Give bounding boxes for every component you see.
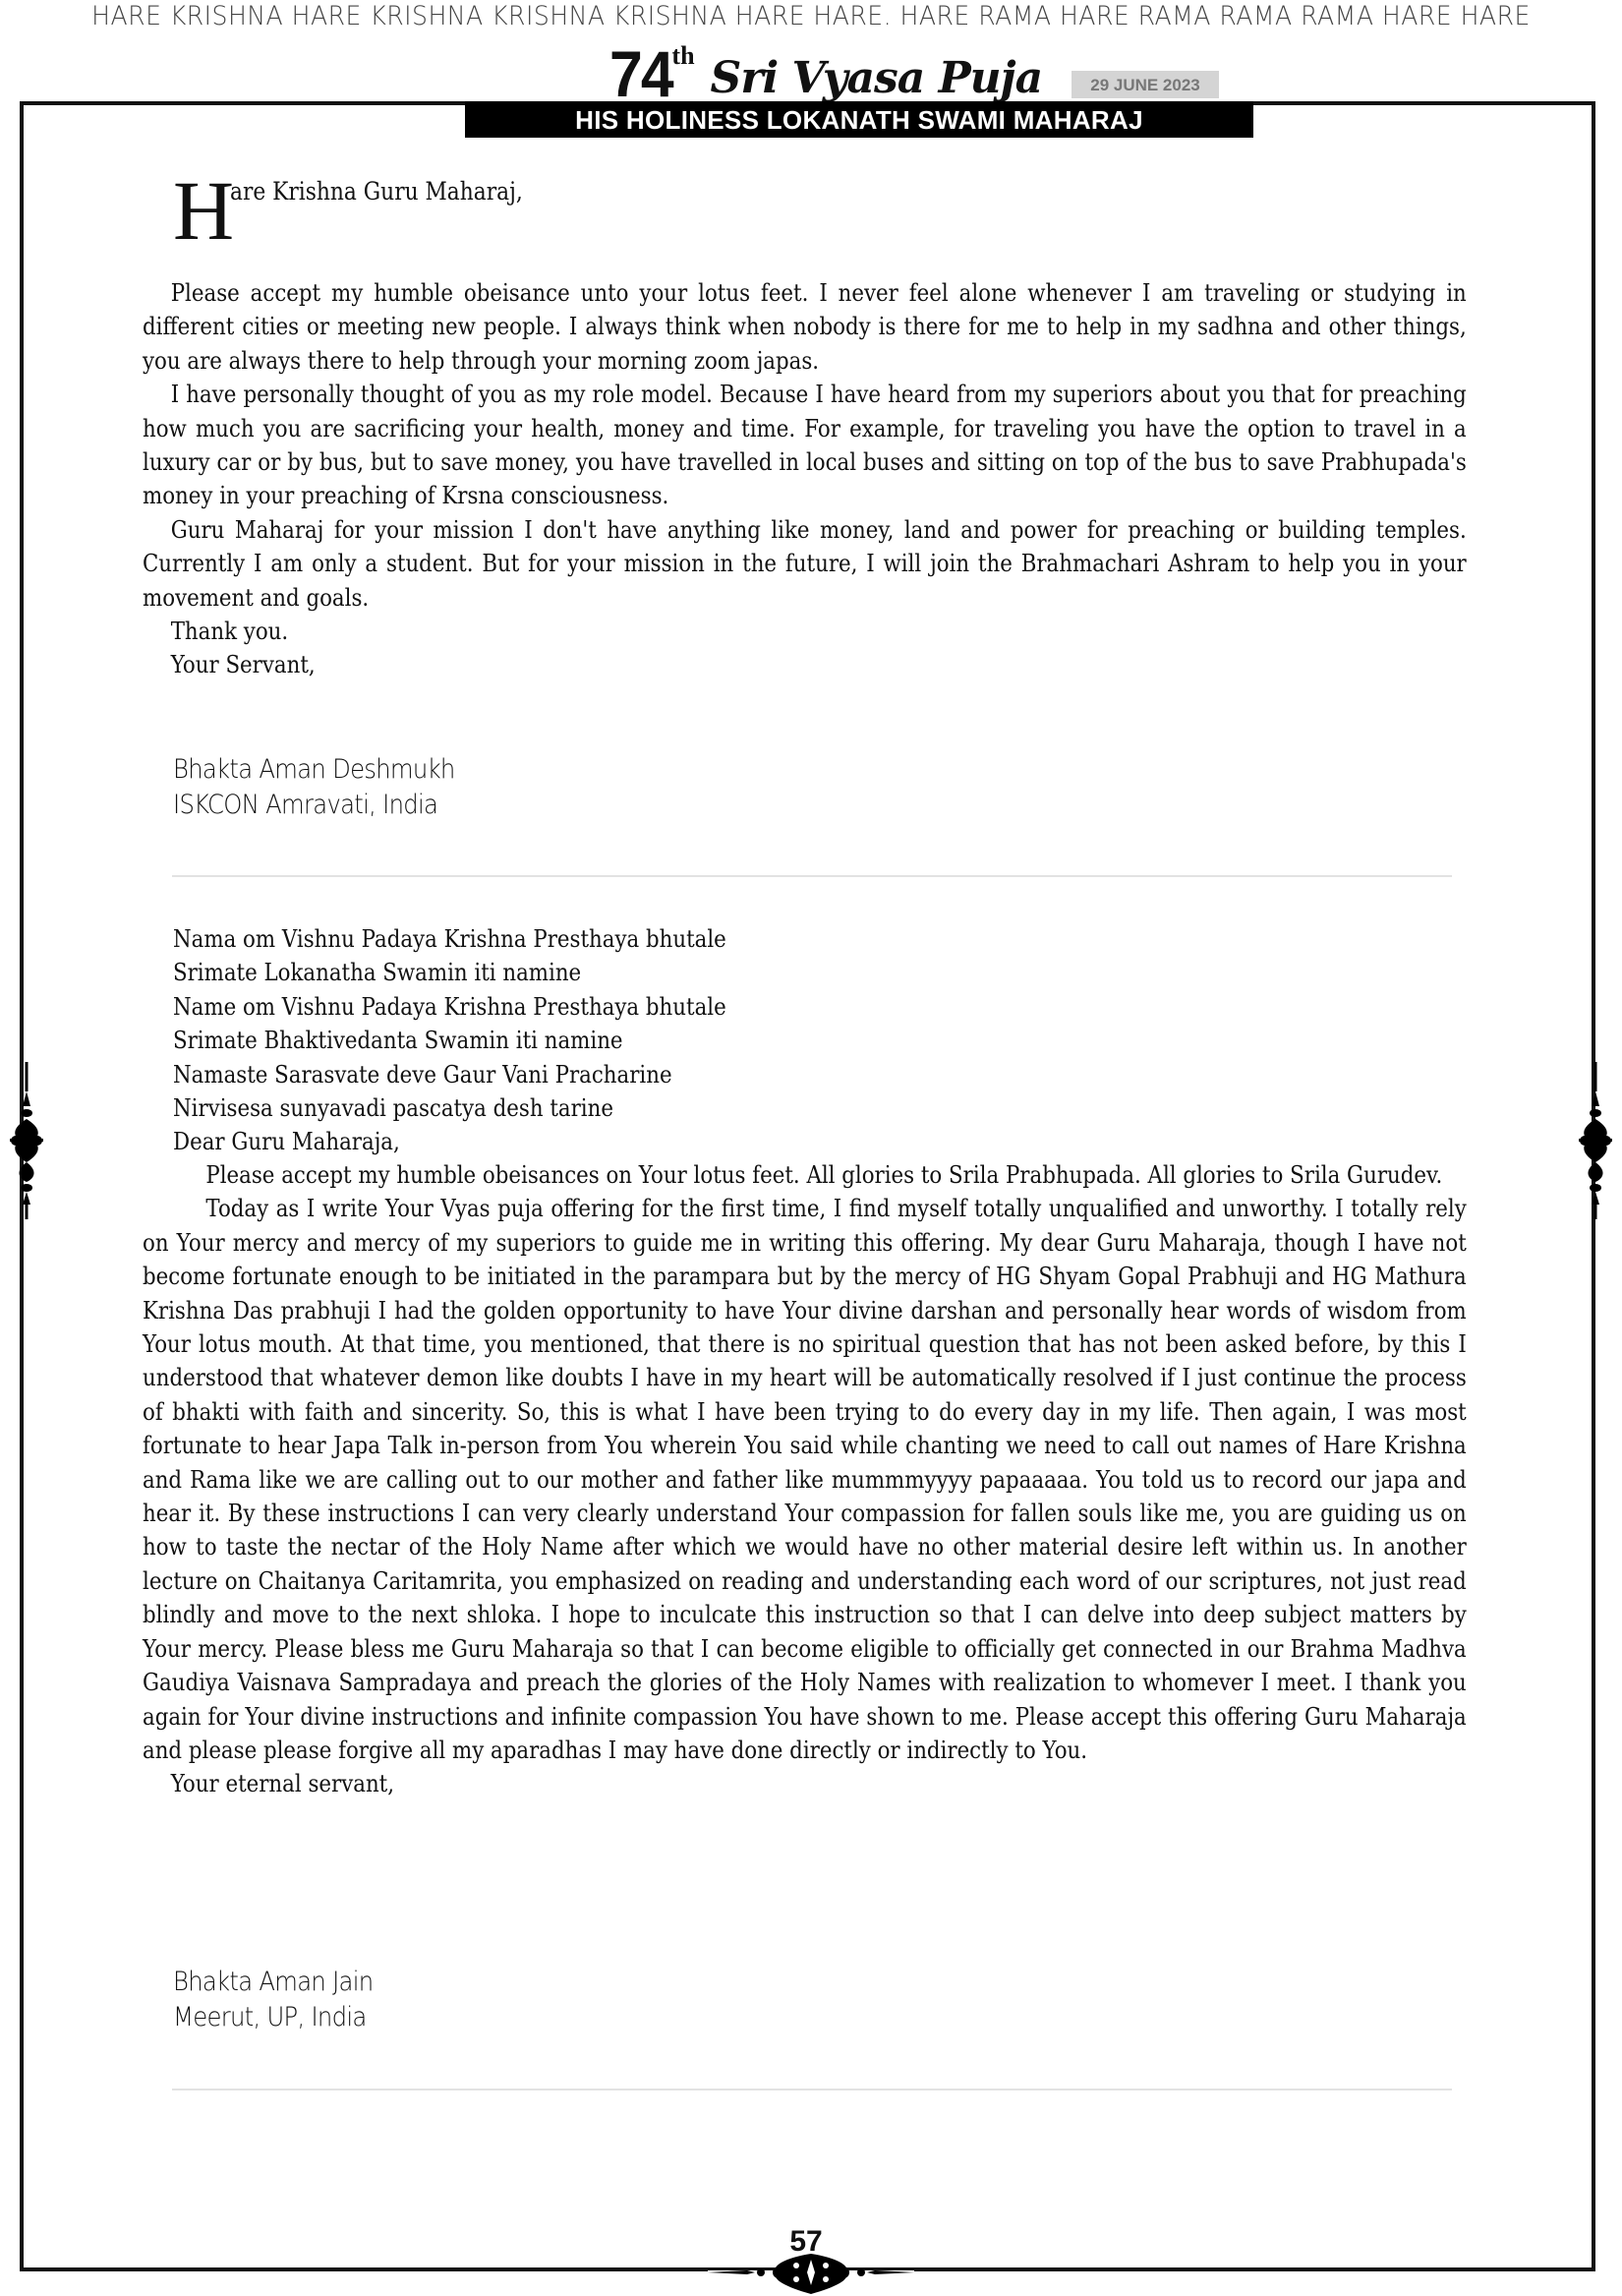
verse-line: Srimate Bhaktivedanta Swamin iti namine: [173, 1024, 1456, 1057]
paragraph: Please accept my humble obeisance unto y…: [143, 276, 1467, 378]
drop-cap: H: [173, 175, 234, 246]
signature-name: Bhakta Aman Jain: [173, 1965, 373, 2000]
title-ordinal-suffix: th: [671, 41, 694, 71]
section-divider: [172, 2089, 1452, 2090]
closing-line: Your eternal servant,: [143, 1767, 1467, 1800]
signature-location: ISKCON Amravati, India: [173, 788, 455, 823]
paragraph: Guru Maharaj for your mission I don't ha…: [143, 513, 1467, 615]
paragraph: Please accept my humble obeisances on Yo…: [143, 1158, 1467, 1192]
offering2-body: Please accept my humble obeisances on Yo…: [143, 1158, 1467, 1801]
verse-line: Nama om Vishnu Padaya Krishna Presthaya …: [173, 922, 1456, 956]
signature-location: Meerut, UP, India: [173, 2000, 373, 2035]
title-name: Sri Vyasa Puja: [711, 53, 1043, 104]
mantra-header: HARE KRISHNA HARE KRISHNA KRISHNA KRISHN…: [57, 0, 1566, 33]
offering1-body: Please accept my humble obeisance unto y…: [143, 276, 1467, 682]
verse-line: Nirvisesa sunyavadi pascatya desh tarine: [173, 1091, 1456, 1125]
paragraph: I have personally thought of you as my r…: [143, 378, 1467, 513]
offering2-signature: Bhakta Aman Jain Meerut, UP, India: [173, 1965, 373, 2035]
floral-flourish-icon: [10, 1062, 43, 1219]
offering2-verses: Nama om Vishnu Padaya Krishna Presthaya …: [173, 922, 1456, 1159]
verse-line: Namaste Sarasvate deve Gaur Vani Prachar…: [173, 1058, 1456, 1091]
verse-line: Name om Vishnu Padaya Krishna Presthaya …: [173, 990, 1456, 1024]
date-badge: 29 JUNE 2023: [1072, 71, 1219, 98]
signature-name: Bhakta Aman Deshmukh: [173, 752, 455, 788]
salutation-text: are Krishna Guru Maharaj,: [230, 177, 523, 206]
paragraph: Today as I write Your Vyas puja offering…: [143, 1192, 1467, 1767]
page-title: 74 th Sri Vyasa Puja: [609, 35, 1042, 104]
closing-line: Your Servant,: [143, 648, 1467, 681]
header-banner: HIS HOLINESS LOKANATH SWAMI MAHARAJ: [465, 101, 1253, 138]
floral-flourish-icon: [1579, 1062, 1612, 1219]
salutation-text: Dear Guru Maharaja,: [173, 1125, 1456, 1158]
offering1-signature: Bhakta Aman Deshmukh ISKCON Amravati, In…: [173, 752, 455, 823]
floral-divider-icon: [708, 2252, 914, 2296]
title-number: 74: [609, 43, 672, 104]
thanks-line: Thank you.: [143, 615, 1467, 648]
section-divider: [172, 875, 1452, 877]
verse-line: Srimate Lokanatha Swamin iti namine: [173, 956, 1456, 989]
